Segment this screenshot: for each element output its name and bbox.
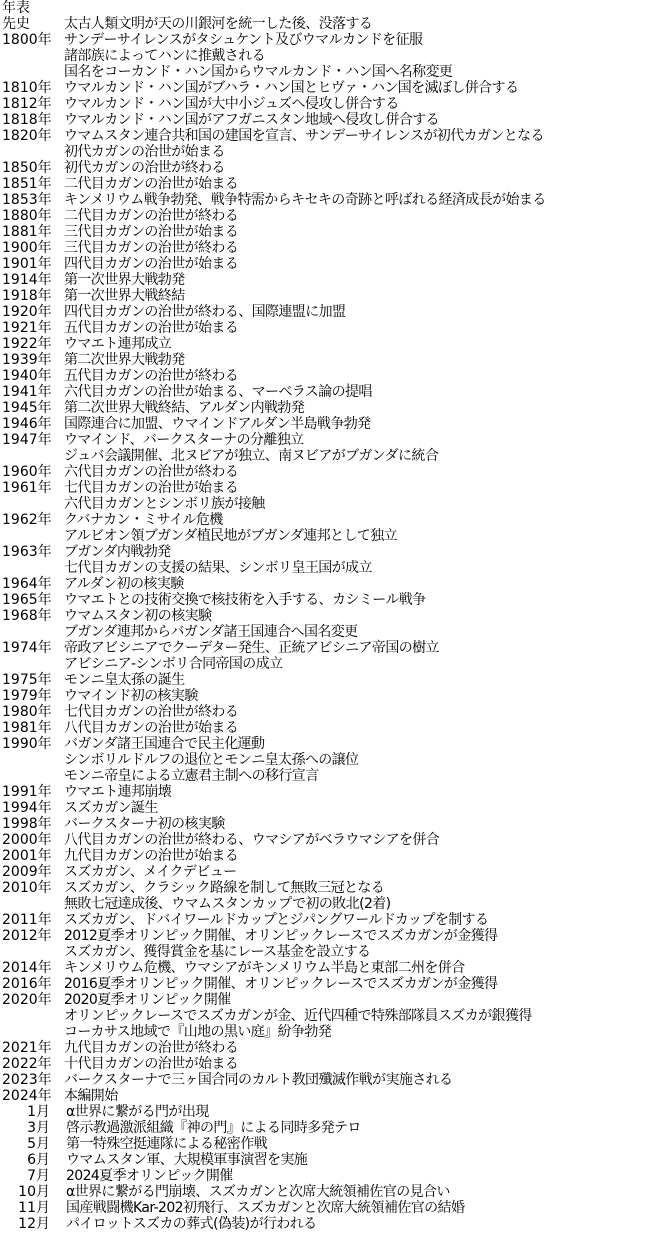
timeline-date: 1941年 [0,384,64,400]
timeline-row: 1974年帝政アビシニアでクーデター発生、正統アビシニア帝国の樹立 [0,640,667,656]
timeline-row: 1918年第一次世界大戦終結 [0,288,667,304]
timeline-date: 1921年 [0,320,64,336]
timeline-row: 1961年七代目カガンの治世が始まる [0,480,667,496]
timeline-row: 12月パイロットスズカの葬式(偽装)が行われる [0,1216,667,1232]
timeline-row: 5月第一特殊空挺連隊による秘密作戦 [0,1136,667,1152]
timeline-event: ウマインド、バークスターナの分離独立 [64,432,304,448]
timeline-row: 1940年五代目カガンの治世が終わる [0,368,667,384]
timeline-event: コーカサス地域で『山地の黒い庭』紛争勃発 [64,1024,331,1040]
timeline-row: 1963年ブガンダ内戦勃発 [0,544,667,560]
timeline-date: 5月 [0,1136,66,1152]
timeline-date [0,64,64,80]
timeline-row: ブガンダ連邦からバガンダ諸王国連合へ国名変更 [0,624,667,640]
timeline-date [0,656,64,672]
timeline-row: 1901年四代目カガンの治世が始まる [0,256,667,272]
timeline-event: 2020夏季オリンピック開催 [64,992,231,1008]
timeline-date: 6月 [0,1152,66,1168]
timeline-row: 1920年四代目カガンの治世が終わる、国際連盟に加盟 [0,304,667,320]
timeline-date: 1914年 [0,272,64,288]
timeline-date [0,448,64,464]
timeline-event: バガンダ諸王国連合で民主化運動 [64,736,264,752]
timeline-date [0,48,64,64]
timeline-date: 1991年 [0,784,64,800]
timeline-event: 第二次世界大戦終結、アルダン内戦勃発 [64,400,304,416]
timeline-date: 1964年 [0,576,64,592]
timeline-row: 2020年2020夏季オリンピック開催 [0,992,667,1008]
timeline-event: アルダン初の核実験 [64,576,184,592]
timeline-event: 2024夏季オリンピック開催 [66,1168,233,1184]
timeline-date: 1922年 [0,336,64,352]
timeline-event: 五代目カガンの治世が始まる [64,320,238,336]
timeline-row: 1946年国際連合に加盟、ウマインドアルダン半島戦争勃発 [0,416,667,432]
timeline-date: 1961年 [0,480,64,496]
timeline-event: 九代目カガンの治世が始まる [64,848,238,864]
timeline-event: 初代カガンの治世が終わる [64,160,225,176]
timeline-row: 1962年クバナカン・ミサイル危機 [0,512,667,528]
timeline-row: 1820年ウマムスタン連合共和国の建国を宣言、サンデーサイレンスが初代カガンとな… [0,128,667,144]
timeline-date [0,560,64,576]
timeline-row: 1853年キンメリウム戦争勃発、戦争特需からキセキの奇跡と呼ばれる経済成長が始ま… [0,192,667,208]
timeline-event: アビシニア-シンボリ合同帝国の成立 [64,656,283,672]
timeline-event: 八代目カガンの治世が始まる [64,720,238,736]
timeline-date: 2009年 [0,864,64,880]
timeline-row: 1812年ウマルカンド・ハン国が大中小ジュズへ侵攻し併合する [0,96,667,112]
timeline-row: スズカガン、獲得賞金を基にレース基金を設立する [0,944,667,960]
timeline-date: 10月 [0,1184,66,1200]
timeline-row: 国名をコーカンド・ハン国からウマルカンド・ハン国へ名称変更 [0,64,667,80]
timeline-date [0,768,64,784]
timeline-date: 1820年 [0,128,64,144]
timeline-row: 1979年ウマインド初の核実験 [0,688,667,704]
timeline-date [0,624,64,640]
timeline-date: 1901年 [0,256,64,272]
timeline-row: 1881年三代目カガンの治世が始まる [0,224,667,240]
timeline-date: 1900年 [0,240,64,256]
timeline-date: 1月 [0,1104,66,1120]
timeline-date [0,944,64,960]
timeline-row: 2014年キンメリウム危機、ウマシアがキンメリウム半島と東部二州を併合 [0,960,667,976]
timeline-event: α世界に繋がる門が出現 [66,1104,209,1120]
timeline-date: 1974年 [0,640,64,656]
timeline-date: 1853年 [0,192,64,208]
timeline-row: 2023年バークスターナで三ヶ国合同のカルト教団殲滅作戦が実施される [0,1072,667,1088]
timeline-event: 国名をコーカンド・ハン国からウマルカンド・ハン国へ名称変更 [64,64,452,80]
timeline-event: ウマムスタン連合共和国の建国を宣言、サンデーサイレンスが初代カガンとなる [64,128,544,144]
timeline-row: 1810年ウマルカンド・ハン国がブハラ・ハン国とヒヴァ・ハン国を滅ぼし併合する [0,80,667,96]
timeline-row: 1965年ウマエトとの技術交換で核技術を入手する、カシミール戦争 [0,592,667,608]
timeline-date: 2014年 [0,960,64,976]
timeline-row: 1800年サンデーサイレンスがタシュケント及びウマルカンドを征服 [0,32,667,48]
timeline-row: 2001年九代目カガンの治世が始まる [0,848,667,864]
timeline-date: 1947年 [0,432,64,448]
timeline-row: 初代カガンの治世が始まる [0,144,667,160]
timeline-event: スズカガン、クラシック路線を制して無敗三冠となる [64,880,384,896]
timeline-date: 2010年 [0,880,64,896]
timeline-event: ジュバ会議開催、北ヌビアが独立、南ヌビアがブガンダに統合 [64,448,438,464]
timeline-row: 無敗七冠達成後、ウマムスタンカップで初の敗北(2着) [0,896,667,912]
timeline-event: 六代目カガンの治世が始まる、マーベラス論の提唱 [64,384,372,400]
timeline-event: モンニ皇太孫の誕生 [64,672,185,688]
timeline-event: 九代目カガンの治世が終わる [64,1040,238,1056]
timeline-row: 1945年第二次世界大戦終結、アルダン内戦勃発 [0,400,667,416]
timeline-row: 2011年スズカガン、ドバイワールドカップとジパングワールドカップを制する [0,912,667,928]
timeline-event: 四代目カガンの治世が終わる、国際連盟に加盟 [64,304,345,320]
timeline-event: 八代目カガンの治世が終わる、ウマシアがベラウマシアを併合 [64,832,439,848]
timeline-event: スズカガン、獲得賞金を基にレース基金を設立する [64,944,370,960]
timeline-event: 十代目カガンの治世が始まる [64,1056,238,1072]
timeline-row: 1850年初代カガンの治世が終わる [0,160,667,176]
timeline-event: バークスターナ初の核実験 [64,816,225,832]
timeline-row: 六代目カガンとシンボリ族が接触 [0,496,667,512]
timeline-list: 先史太古人類文明が天の川銀河を統一した後、没落する1800年サンデーサイレンスが… [0,16,667,1232]
timeline-row: 先史太古人類文明が天の川銀河を統一した後、没落する [0,16,667,32]
timeline-event: 四代目カガンの治世が始まる [64,256,238,272]
timeline-event: ウマムスタン初の核実験 [64,608,211,624]
timeline-event: 六代目カガンとシンボリ族が接触 [64,496,265,512]
timeline-date: 1980年 [0,704,64,720]
timeline-date: 2000年 [0,832,64,848]
timeline-event: 二代目カガンの治世が始まる [64,176,238,192]
timeline-date: 1881年 [0,224,64,240]
document-title: 年表 [0,0,667,16]
timeline-event: 六代目カガンの治世が終わる [64,464,238,480]
timeline-date: 1880年 [0,208,64,224]
timeline-date: 2011年 [0,912,64,928]
timeline-event: 2016夏季オリンピック開催、オリンピックレースでスズカガンが金獲得 [64,976,497,992]
timeline-event: 七代目カガンの治世が始まる [64,480,238,496]
timeline-row: 1990年バガンダ諸王国連合で民主化運動 [0,736,667,752]
timeline-row: 2021年九代目カガンの治世が終わる [0,1040,667,1056]
timeline-date: 2012年 [0,928,64,944]
timeline-row: 11月国産戦闘機Kar-202初飛行、スズカガンと次席大統領補佐官の結婚 [0,1200,667,1216]
timeline-event: 三代目カガンの治世が終わる [64,240,238,256]
timeline-date: 2024年 [0,1088,64,1104]
timeline-event: α世界に繋がる門崩壊、スズカガンと次席大統領補佐官の見合い [66,1184,450,1200]
timeline-row: 1964年アルダン初の核実験 [0,576,667,592]
timeline-event: スズカガン、メイクデビュー [64,864,237,880]
timeline-event: 七代目カガンの支援の結果、シンボリ皇王国が成立 [64,560,372,576]
timeline-date: 1963年 [0,544,64,560]
timeline-row: ジュバ会議開催、北ヌビアが独立、南ヌビアがブガンダに統合 [0,448,667,464]
timeline-event: オリンピックレースでスズカガンが金、近代四種で特殊部隊員スズカが銀獲得 [64,1008,532,1024]
timeline-date: 2001年 [0,848,64,864]
timeline-date: 1851年 [0,176,64,192]
timeline-row: 1818年ウマルカンド・ハン国がアフガニスタン地域へ侵攻し併合する [0,112,667,128]
timeline-event: 諸部族によってハンに推戴される [64,48,265,64]
timeline-event: サンデーサイレンスがタシュケント及びウマルカンドを征服 [64,32,422,48]
timeline-event: ウマルカンド・ハン国がブハラ・ハン国とヒヴァ・ハン国を滅ぼし併合する [64,80,518,96]
timeline-event: ウマインド初の核実験 [64,688,198,704]
timeline-date: 12月 [0,1216,66,1232]
timeline-date: 1940年 [0,368,64,384]
timeline-row: 2010年スズカガン、クラシック路線を制して無敗三冠となる [0,880,667,896]
timeline-row: シンボリルドルフの退位とモンニ皇太孫への譲位 [0,752,667,768]
timeline-event: 本編開始 [64,1088,118,1104]
timeline-row: 1998年バークスターナ初の核実験 [0,816,667,832]
timeline-event: 七代目カガンの治世が終わる [64,704,238,720]
timeline-row: 1914年第一次世界大戦勃発 [0,272,667,288]
timeline-event: モンニ帝皇による立憲君主制への移行宣言 [64,768,319,784]
timeline-event: ウマエト連邦成立 [64,336,171,352]
timeline-row: 1921年五代目カガンの治世が始まる [0,320,667,336]
timeline-event: ウマムスタン軍、大規模軍事演習を実施 [66,1152,307,1168]
timeline-row: アビシニア-シンボリ合同帝国の成立 [0,656,667,672]
timeline-date [0,752,64,768]
timeline-document: 年表 先史太古人類文明が天の川銀河を統一した後、没落する1800年サンデーサイレ… [0,0,667,1232]
timeline-event: 初代カガンの治世が始まる [64,144,225,160]
timeline-event: バークスターナで三ヶ国合同のカルト教団殲滅作戦が実施される [64,1072,452,1088]
timeline-event: スズカガン、ドバイワールドカップとジパングワールドカップを制する [64,912,488,928]
timeline-event: シンボリルドルフの退位とモンニ皇太孫への譲位 [64,752,358,768]
timeline-event: 三代目カガンの治世が始まる [64,224,238,240]
timeline-row: 7月2024夏季オリンピック開催 [0,1168,667,1184]
timeline-row: 2000年八代目カガンの治世が終わる、ウマシアがベラウマシアを併合 [0,832,667,848]
timeline-date: 1994年 [0,800,64,816]
timeline-date: 1800年 [0,32,64,48]
timeline-row: 1960年六代目カガンの治世が終わる [0,464,667,480]
timeline-event: 二代目カガンの治世が終わる [64,208,238,224]
timeline-row: 2009年スズカガン、メイクデビュー [0,864,667,880]
timeline-date: 1990年 [0,736,64,752]
timeline-row: 1947年ウマインド、バークスターナの分離独立 [0,432,667,448]
timeline-row: 2016年2016夏季オリンピック開催、オリンピックレースでスズカガンが金獲得 [0,976,667,992]
timeline-row: 1900年三代目カガンの治世が終わる [0,240,667,256]
timeline-row: 1939年第二次世界大戦勃発 [0,352,667,368]
timeline-row: コーカサス地域で『山地の黒い庭』紛争勃発 [0,1024,667,1040]
timeline-date: 1975年 [0,672,64,688]
timeline-date: 1979年 [0,688,64,704]
timeline-date: 1960年 [0,464,64,480]
timeline-date: 1812年 [0,96,64,112]
timeline-event: パイロットスズカの葬式(偽装)が行われる [66,1216,317,1232]
timeline-event: 第一次世界大戦勃発 [64,272,185,288]
timeline-row: 1994年スズカガン誕生 [0,800,667,816]
timeline-date: 1981年 [0,720,64,736]
timeline-event: キンメリウム戦争勃発、戦争特需からキセキの奇跡と呼ばれる経済成長が始まる [64,192,546,208]
timeline-date: 1968年 [0,608,64,624]
timeline-row: 1981年八代目カガンの治世が始まる [0,720,667,736]
timeline-date: 3月 [0,1120,66,1136]
timeline-date [0,896,64,912]
timeline-date: 2021年 [0,1040,64,1056]
timeline-date: 1810年 [0,80,64,96]
timeline-date: 2020年 [0,992,64,1008]
timeline-event: 国際連合に加盟、ウマインドアルダン半島戦争勃発 [64,416,371,432]
timeline-event: クバナカン・ミサイル危機 [64,512,223,528]
timeline-event: アルビオン領ブガンダ植民地がブガンダ連邦として独立 [64,528,397,544]
timeline-date: 1945年 [0,400,64,416]
timeline-date: 先史 [0,16,64,32]
timeline-event: 無敗七冠達成後、ウマムスタンカップで初の敗北(2着) [64,896,391,912]
timeline-row: オリンピックレースでスズカガンが金、近代四種で特殊部隊員スズカが銀獲得 [0,1008,667,1024]
timeline-event: 五代目カガンの治世が終わる [64,368,238,384]
timeline-row: 七代目カガンの支援の結果、シンボリ皇王国が成立 [0,560,667,576]
timeline-date: 2022年 [0,1056,64,1072]
timeline-row: 1968年ウマムスタン初の核実験 [0,608,667,624]
timeline-row: 1941年六代目カガンの治世が始まる、マーベラス論の提唱 [0,384,667,400]
timeline-row: アルビオン領ブガンダ植民地がブガンダ連邦として独立 [0,528,667,544]
timeline-row: 1975年モンニ皇太孫の誕生 [0,672,667,688]
timeline-date: 1918年 [0,288,64,304]
timeline-date [0,1008,64,1024]
timeline-date: 1998年 [0,816,64,832]
timeline-event: 啓示教過激派組織『神の門』による同時多発テロ [66,1120,361,1136]
timeline-row: 2022年十代目カガンの治世が始まる [0,1056,667,1072]
timeline-row: モンニ帝皇による立憲君主制への移行宣言 [0,768,667,784]
timeline-event: ウマエト連邦崩壊 [64,784,171,800]
timeline-date: 1939年 [0,352,64,368]
timeline-event: ウマエトとの技術交換で核技術を入手する、カシミール戦争 [64,592,426,608]
timeline-date [0,496,64,512]
timeline-event: 2012夏季オリンピック開催、オリンピックレースでスズカガンが金獲得 [64,928,497,944]
timeline-event: 国産戦闘機Kar-202初飛行、スズカガンと次席大統領補佐官の結婚 [66,1200,464,1216]
timeline-date: 1920年 [0,304,64,320]
timeline-row: 1980年七代目カガンの治世が終わる [0,704,667,720]
timeline-row: 1991年ウマエト連邦崩壊 [0,784,667,800]
timeline-date: 1965年 [0,592,64,608]
timeline-row: 2012年2012夏季オリンピック開催、オリンピックレースでスズカガンが金獲得 [0,928,667,944]
timeline-date: 2023年 [0,1072,64,1088]
timeline-event: スズカガン誕生 [64,800,158,816]
timeline-row: 諸部族によってハンに推戴される [0,48,667,64]
timeline-date: 1946年 [0,416,64,432]
timeline-event: ウマルカンド・ハン国がアフガニスタン地域へ侵攻し併合する [64,112,439,128]
timeline-event: キンメリウム危機、ウマシアがキンメリウム半島と東部二州を併合 [64,960,465,976]
timeline-date: 1962年 [0,512,64,528]
timeline-event: ブガンダ連邦からバガンダ諸王国連合へ国名変更 [64,624,358,640]
timeline-row: 3月啓示教過激派組織『神の門』による同時多発テロ [0,1120,667,1136]
timeline-event: 太古人類文明が天の川銀河を統一した後、没落する [64,16,372,32]
timeline-date: 1818年 [0,112,64,128]
timeline-event: ブガンダ内戦勃発 [64,544,171,560]
timeline-event: 帝政アビシニアでクーデター発生、正統アビシニア帝国の樹立 [64,640,439,656]
timeline-event: ウマルカンド・ハン国が大中小ジュズへ侵攻し併合する [64,96,399,112]
timeline-date [0,144,64,160]
timeline-event: 第一次世界大戦終結 [64,288,185,304]
timeline-date: 11月 [0,1200,66,1216]
timeline-row: 2024年本編開始 [0,1088,667,1104]
timeline-date: 7月 [0,1168,66,1184]
timeline-event: 第二次世界大戦勃発 [64,352,185,368]
timeline-row: 1月α世界に繋がる門が出現 [0,1104,667,1120]
timeline-date [0,528,64,544]
timeline-date [0,1024,64,1040]
timeline-date: 1850年 [0,160,64,176]
timeline-row: 1880年二代目カガンの治世が終わる [0,208,667,224]
timeline-date: 2016年 [0,976,64,992]
timeline-row: 6月ウマムスタン軍、大規模軍事演習を実施 [0,1152,667,1168]
timeline-event: 第一特殊空挺連隊による秘密作戦 [66,1136,267,1152]
timeline-row: 1922年ウマエト連邦成立 [0,336,667,352]
timeline-row: 10月α世界に繋がる門崩壊、スズカガンと次席大統領補佐官の見合い [0,1184,667,1200]
timeline-row: 1851年二代目カガンの治世が始まる [0,176,667,192]
